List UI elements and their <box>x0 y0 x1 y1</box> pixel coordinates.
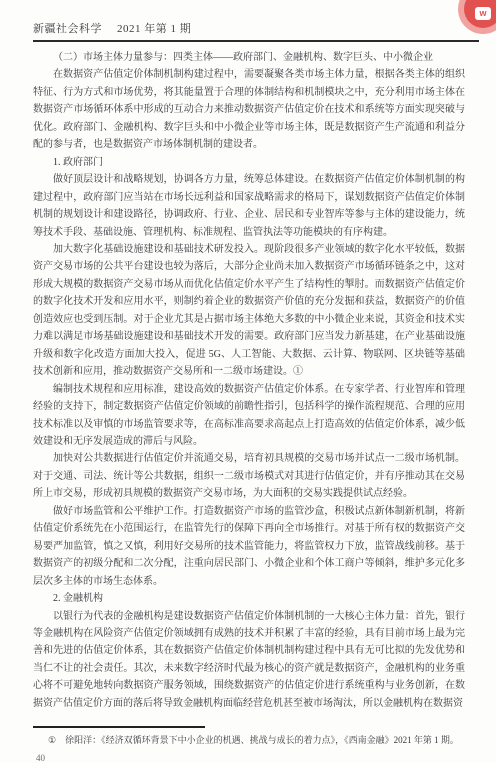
footnote-text: 徐阳洋：《经济双循环背景下中小企业的机遇、挑战与成长的着力点》，《西南金融》20… <box>65 735 459 745</box>
paragraph: 以银行为代表的金融机构是建设数据资产估值定价体制机制的一大核心主体力量：首先，银… <box>33 608 465 713</box>
paragraph: 在数据资产估值定价体制机制构建过程中，需要凝聚各类市场主体力量，根据各类主体的组… <box>33 66 465 153</box>
journal-issue: 2021 年第 1 期 <box>117 20 191 36</box>
header-rule <box>33 40 479 42</box>
paragraph: 加快对公共数据进行估值定价并流通交易，培育初具规模的交易市场并试点一二级市场机制… <box>33 450 465 502</box>
paragraph: 编制技术规程和应用标准，建设高效的数据资产估值定价体系。在专家学者、行业智库和管… <box>33 381 465 451</box>
running-header: 新疆社会科学 2021 年第 1 期 <box>33 20 191 36</box>
page-number: 40 <box>36 753 45 763</box>
article-body: （二）市场主体力量参与：四类主体——政府部门、金融机构、数字巨头、中小微企业 在… <box>33 49 465 712</box>
document-page: 新疆社会科学 2021 年第 1 期 w （二）市场主体力量参与：四类主体——政… <box>0 0 496 763</box>
numbered-heading-government: 1. 政府部门 <box>33 154 465 171</box>
footnote: ①徐阳洋：《经济双循环背景下中小企业的机遇、挑战与成长的着力点》，《西南金融》2… <box>48 734 468 747</box>
numbered-heading-finance: 2. 金融机构 <box>33 590 465 607</box>
paragraph: 做好顶层设计和战略规划，协调各方力量，统筹总体建设。在数据资产估值定价体制机制的… <box>33 171 465 241</box>
floating-badge[interactable]: w <box>458 0 496 34</box>
paragraph: 加大数字化基础设施建设和基础技术研发投入。现阶段很多产业领域的数字化水平较低，数… <box>33 241 465 381</box>
journal-title: 新疆社会科学 <box>33 20 102 36</box>
chat-icon: w <box>475 7 491 20</box>
footnote-separator <box>33 726 205 728</box>
floating-badge-circle: w <box>464 0 496 28</box>
paragraph: 做好市场监管和公平维护工作。打造数据资产市场的监管沙盒，积极试点新体制新机制，将… <box>33 503 465 590</box>
footnote-marker: ① <box>48 735 56 745</box>
subsection-heading: （二）市场主体力量参与：四类主体——政府部门、金融机构、数字巨头、中小微企业 <box>33 49 465 66</box>
